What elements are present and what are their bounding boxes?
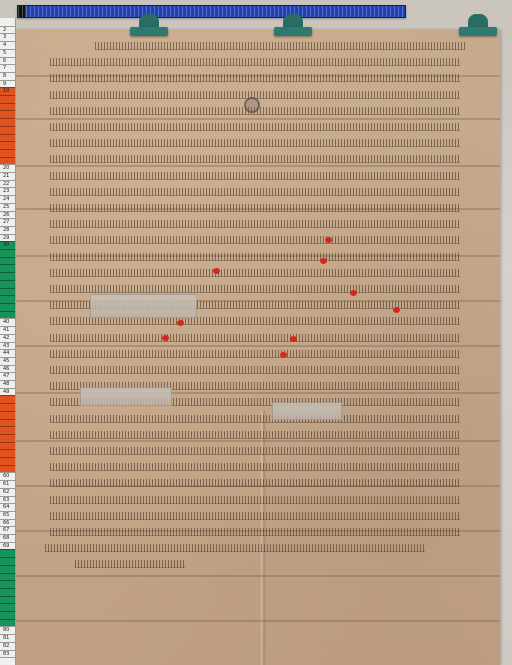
- ruler-tick: [0, 257, 15, 258]
- ruler-label: 8: [3, 73, 6, 79]
- ruler-tick: [0, 103, 15, 104]
- clip-left: [130, 14, 168, 36]
- script-line: [50, 123, 460, 131]
- script-line: [50, 366, 460, 374]
- ruler-label: 30: [3, 242, 9, 248]
- fold-line: [15, 345, 500, 347]
- ruler-label: 69: [3, 543, 9, 549]
- ruler-label: 24: [3, 196, 9, 202]
- ruler-label: 80: [3, 627, 9, 633]
- ruler-label: 9: [3, 81, 6, 87]
- script-line: [50, 253, 460, 261]
- side-measuring-tape: 2345678910202122232425262728293040414243…: [0, 18, 16, 665]
- fold-line: [15, 620, 500, 622]
- ruler-label: 46: [3, 366, 9, 372]
- ruler-tick: [0, 311, 15, 312]
- ruler-tick: [0, 395, 15, 396]
- ruler-label: 40: [3, 319, 9, 325]
- red-ink-mark: [325, 237, 332, 243]
- ruler-label: 65: [3, 512, 9, 518]
- ruler-label: 6: [3, 58, 6, 64]
- script-line: [50, 415, 460, 423]
- ruler-tick: [0, 118, 15, 119]
- ruler-tick: [0, 149, 15, 150]
- ruler-label: 45: [3, 358, 9, 364]
- ruler-tick: [0, 557, 15, 558]
- ruler-label: 7: [3, 65, 6, 71]
- ruler-tick: [0, 611, 15, 612]
- ruler-tick: [0, 110, 15, 111]
- ruler-label: 66: [3, 520, 9, 526]
- ruler-label: 48: [3, 381, 9, 387]
- ruler-tick: [0, 580, 15, 581]
- ruler-label: 28: [3, 227, 9, 233]
- ruler-ticks: [18, 6, 405, 17]
- ruler-tick: [0, 549, 15, 550]
- ruler-tick: [0, 565, 15, 566]
- red-ink-mark: [177, 320, 184, 326]
- ruler-tick: [0, 249, 15, 250]
- ruler-tick: [0, 95, 15, 96]
- ruler-label: 25: [3, 204, 9, 210]
- fold-line: [15, 575, 500, 577]
- ruler-tick: [0, 434, 15, 435]
- ruler-label: 64: [3, 504, 9, 510]
- ruler-tick: [0, 288, 15, 289]
- script-line: [50, 155, 460, 163]
- red-ink-mark: [290, 336, 297, 342]
- ruler-label: 21: [3, 173, 9, 179]
- top-blue-ruler: [17, 5, 406, 18]
- script-line: [95, 42, 465, 50]
- ruler-label: 49: [3, 389, 9, 395]
- ruler-label: 63: [3, 497, 9, 503]
- ruler-label: 20: [3, 165, 9, 171]
- pasted-paper-patch: [272, 402, 342, 420]
- ruler-label: 42: [3, 335, 9, 341]
- ruler-label: 22: [3, 181, 9, 187]
- red-ink-mark: [393, 307, 400, 313]
- script-line: [50, 236, 460, 244]
- ruler-tick: [0, 411, 15, 412]
- script-line: [50, 479, 460, 487]
- script-line: [50, 74, 460, 82]
- script-line: [50, 350, 460, 358]
- ruler-tick: [0, 157, 15, 158]
- ruler-label: 23: [3, 188, 9, 194]
- ruler-tick: [0, 419, 15, 420]
- script-line: [50, 528, 460, 536]
- ruler-tick: [0, 442, 15, 443]
- ruler-label: 67: [3, 527, 9, 533]
- ruler-label: 81: [3, 635, 9, 641]
- ruler-label: 26: [3, 212, 9, 218]
- script-line: [50, 463, 460, 471]
- red-ink-mark: [320, 258, 327, 264]
- ruler-tick: [0, 272, 15, 273]
- fold-line: [15, 118, 500, 120]
- script-line: [50, 496, 460, 504]
- ruler-tick: [0, 134, 15, 135]
- script-line: [50, 334, 460, 342]
- clip-grip: [139, 14, 159, 28]
- ruler-tick: [0, 619, 15, 620]
- clip-base: [459, 27, 497, 36]
- script-line: [50, 269, 460, 277]
- clip-right: [459, 14, 497, 36]
- ruler-tick: [0, 403, 15, 404]
- script-line: [50, 188, 460, 196]
- ruler-tick: [0, 295, 15, 296]
- ruler-tick: [0, 657, 15, 658]
- ruler-tick: [0, 596, 15, 597]
- pasted-paper-patch: [90, 294, 197, 318]
- ruler-tick: [0, 303, 15, 304]
- ruler-label: 10: [3, 88, 9, 94]
- ink-seal-icon: [244, 97, 260, 113]
- ruler-tick: [0, 588, 15, 589]
- ruler-label: 60: [3, 473, 9, 479]
- ruler-label: 83: [3, 651, 9, 657]
- script-line: [50, 58, 460, 66]
- ruler-tick: [0, 573, 15, 574]
- ruler-label: 43: [3, 343, 9, 349]
- ruler-tick: [0, 280, 15, 281]
- clip-center: [274, 14, 312, 36]
- clip-grip: [283, 14, 303, 28]
- fold-line: [15, 440, 500, 442]
- script-line: [50, 285, 460, 293]
- ruler-label: 41: [3, 327, 9, 333]
- ruler-tick: [0, 141, 15, 142]
- ruler-label: 29: [3, 235, 9, 241]
- red-ink-mark: [213, 268, 220, 274]
- clip-grip: [468, 14, 488, 28]
- ruler-label: 4: [3, 42, 6, 48]
- ruler-label: 61: [3, 481, 9, 487]
- ruler-tick: [0, 264, 15, 265]
- script-line: [50, 139, 460, 147]
- ruler-tick: [0, 426, 15, 427]
- ruler-tick: [0, 603, 15, 604]
- red-ink-mark: [280, 352, 287, 358]
- pasted-paper-patch: [80, 387, 172, 406]
- ruler-label: 3: [3, 34, 6, 40]
- script-line: [50, 431, 460, 439]
- ruler-tick: [0, 126, 15, 127]
- script-line: [50, 172, 460, 180]
- ruler-tick: [0, 465, 15, 466]
- ruler-tick: [0, 449, 15, 450]
- manuscript-sheet: [15, 30, 500, 665]
- ruler-label: 82: [3, 643, 9, 649]
- ruler-label: 47: [3, 373, 9, 379]
- ruler-label: 5: [3, 50, 6, 56]
- ruler-label: 44: [3, 350, 9, 356]
- script-line: [50, 317, 460, 325]
- clip-base: [274, 27, 312, 36]
- script-line: [45, 544, 425, 552]
- ruler-label: 62: [3, 489, 9, 495]
- ruler-label: 27: [3, 219, 9, 225]
- script-line: [50, 220, 460, 228]
- fold-line: [15, 165, 500, 167]
- clip-base: [130, 27, 168, 36]
- script-line: [50, 204, 460, 212]
- red-ink-mark: [350, 290, 357, 296]
- script-line: [50, 512, 460, 520]
- script-line: [50, 447, 460, 455]
- ruler-label: 68: [3, 535, 9, 541]
- ruler-label: 2: [3, 27, 6, 33]
- red-ink-mark: [162, 335, 169, 341]
- script-line: [75, 560, 185, 568]
- ruler-tick: [0, 457, 15, 458]
